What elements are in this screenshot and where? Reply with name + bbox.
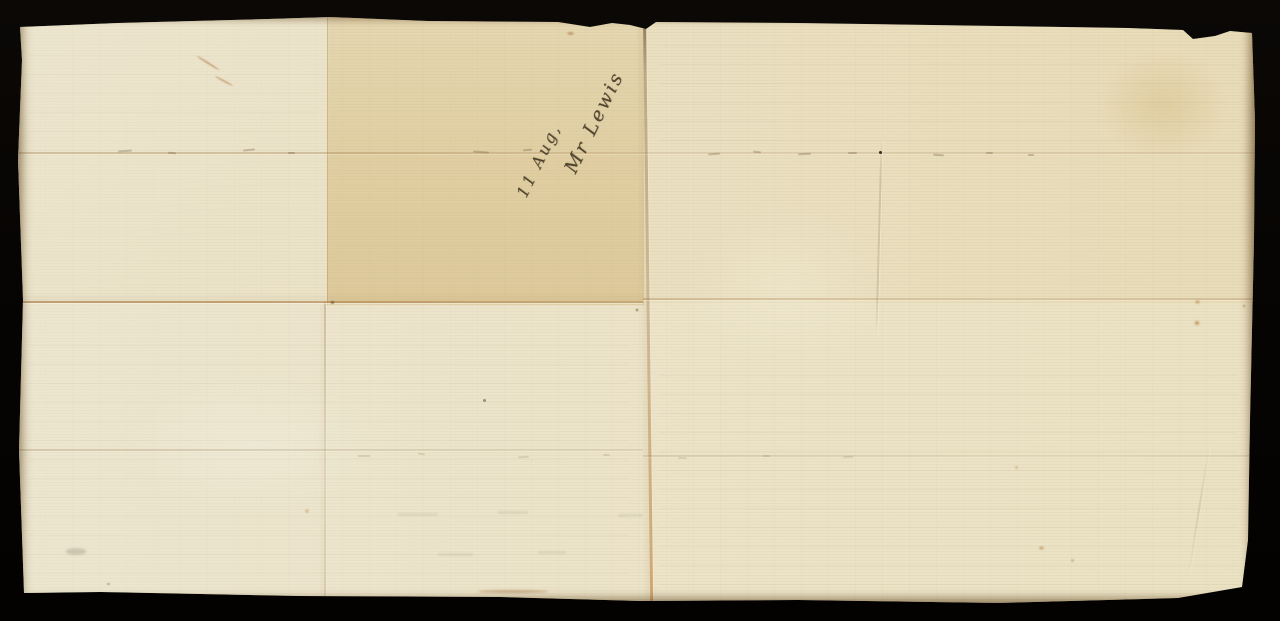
pen-mark bbox=[243, 148, 255, 151]
foxing-stain bbox=[1014, 465, 1019, 470]
letter-verso-sheet: Mr Lewis 11 Aug, bbox=[18, 15, 1255, 603]
showthrough-script bbox=[618, 514, 643, 517]
horizontal-crease-lower-right bbox=[643, 455, 1255, 457]
foxing-stain bbox=[106, 582, 111, 586]
pen-mark bbox=[843, 456, 853, 459]
foxing-stain bbox=[1194, 299, 1201, 305]
pen-mark bbox=[933, 154, 944, 157]
ink-showthrough-band bbox=[658, 45, 1238, 155]
toning-blotch bbox=[78, 345, 438, 545]
pen-mark bbox=[168, 152, 176, 155]
pen-mark bbox=[118, 150, 132, 153]
toning-blotch bbox=[638, 175, 938, 395]
pen-mark bbox=[603, 454, 610, 456]
pen-mark bbox=[798, 153, 811, 156]
pen-mark bbox=[848, 152, 857, 154]
handwritten-docket-line-2: 11 Aug, bbox=[512, 120, 564, 200]
pen-mark bbox=[518, 456, 529, 459]
showthrough-script bbox=[498, 511, 528, 514]
pen-mark bbox=[418, 453, 425, 456]
pen-mark bbox=[288, 152, 295, 154]
vertical-fold-crease-main bbox=[643, 15, 653, 603]
rust-streak bbox=[478, 590, 548, 593]
pen-mark bbox=[753, 151, 761, 154]
paper-edge-shading bbox=[18, 15, 1255, 603]
vertical-fold-crease-left bbox=[324, 302, 326, 603]
pen-mark bbox=[473, 150, 489, 153]
foxing-stain bbox=[1193, 319, 1201, 327]
foxing-stain bbox=[566, 31, 575, 36]
scan-background: Mr Lewis 11 Aug, bbox=[0, 0, 1280, 621]
horizontal-crease-upper bbox=[18, 152, 1255, 154]
pen-mark bbox=[1028, 154, 1034, 156]
rust-streak bbox=[196, 55, 219, 70]
horizontal-crease-lower-left bbox=[18, 449, 643, 451]
panel-bottom bbox=[18, 303, 1255, 603]
ink-dot bbox=[879, 151, 882, 154]
foxing-stain bbox=[1070, 558, 1075, 563]
foxing-stain bbox=[635, 308, 639, 312]
ink-showthrough-band bbox=[28, 345, 628, 585]
panel-top-center-tanned bbox=[327, 15, 644, 305]
showthrough-script bbox=[438, 553, 473, 556]
foxing-stain bbox=[483, 399, 486, 402]
pen-mark bbox=[763, 455, 770, 457]
rust-streak bbox=[215, 75, 234, 86]
foxing-stain bbox=[304, 508, 310, 514]
toning-blotch bbox=[1068, 25, 1258, 185]
foxing-stain bbox=[1242, 304, 1246, 308]
foxing-stain bbox=[1038, 545, 1045, 551]
pen-mark bbox=[523, 149, 532, 152]
wrinkle bbox=[875, 140, 882, 335]
panel-right bbox=[643, 15, 1255, 303]
showthrough-script bbox=[538, 551, 566, 554]
laid-paper-texture bbox=[18, 15, 1255, 603]
ink-showthrough-band bbox=[28, 55, 318, 155]
horizontal-fold-crease-right bbox=[643, 298, 1255, 300]
showthrough-script bbox=[398, 513, 438, 516]
wrinkle bbox=[1188, 446, 1210, 575]
panel-top-left bbox=[18, 15, 330, 305]
horizontal-fold-crease-left bbox=[18, 301, 643, 303]
handwritten-docket-line-1: Mr Lewis bbox=[560, 68, 628, 177]
foxing-stain bbox=[330, 300, 335, 305]
pen-mark bbox=[358, 455, 370, 457]
pen-mark bbox=[986, 152, 993, 154]
ink-showthrough-band bbox=[658, 375, 1238, 585]
pen-mark bbox=[708, 153, 720, 156]
pen-mark bbox=[678, 457, 687, 460]
smudge bbox=[66, 548, 86, 555]
